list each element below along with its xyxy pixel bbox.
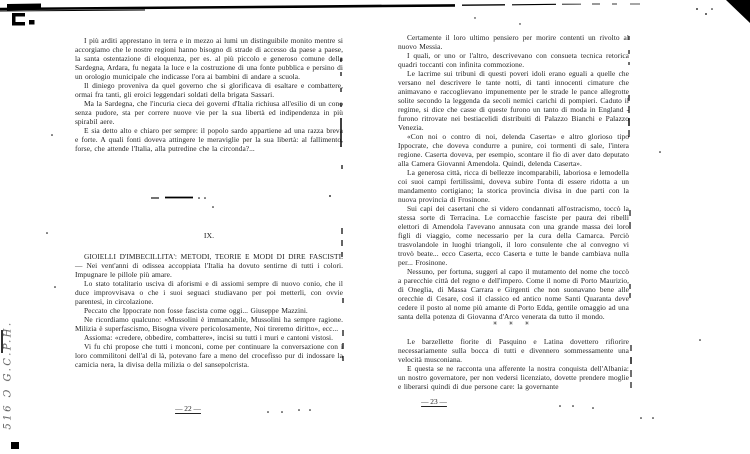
paragraph: Ne ricordiamo qualcuno: «Mussolini è imm… — [75, 315, 343, 333]
paragraph: La generosa città, ricca di bellezze inc… — [398, 168, 629, 204]
paragraph: Certamente il loro ultimo pensiero per m… — [398, 33, 629, 51]
paragraph: E questa se ne racconta una afferente la… — [398, 364, 629, 391]
section-rule — [151, 195, 331, 199]
paragraph: Lo stato totalitario usciva di aforismi … — [75, 279, 343, 306]
paragraph: Le barzellette fiorite di Pasquino e Lat… — [398, 337, 629, 364]
left-page-top-text: I più arditi apprestano in terra e in me… — [75, 36, 343, 153]
paragraph: I quali, or uno or l'altro, descrivevano… — [398, 51, 629, 69]
scanner-edge-line — [0, 4, 640, 11]
right-page-top-text: Certamente il loro ultimo pensiero per m… — [398, 33, 629, 321]
paragraph: Le lacrime sui tribuni di questi poveri … — [398, 69, 629, 132]
right-page-bottom-text: Le barzellette fiorite di Pasquino e Lat… — [398, 337, 629, 391]
page-number-left: — 22 — — [158, 404, 218, 413]
paragraph: Peccato che Ippocrate non fosse fascista… — [75, 306, 343, 315]
paragraph: Ma la Sardegna, che l'incuria cieca dei … — [75, 99, 343, 126]
margin-annotation: 516 Ɔ G.C.P.H. — [3, 320, 14, 429]
paragraph: Sui capi dei casertani che si videro con… — [398, 204, 629, 267]
section-number: IX. — [75, 231, 343, 240]
scanned-book-spread: 516 Ɔ G.C.P.H. I più arditi apprestano i… — [0, 0, 750, 454]
page-number-right: — 23 — — [402, 397, 466, 406]
paragraph: I più arditi apprestano in terra e in me… — [75, 36, 343, 81]
paragraph: «Con noi o contro di noi, delenda Casert… — [398, 132, 629, 168]
corner-ink-blot — [7, 4, 41, 26]
left-page-bottom-text: GIOIELLI D'IMBECILLITA': METODI, TEORIE … — [75, 252, 343, 369]
paragraph: Il diniego proveniva da quel governo che… — [75, 81, 343, 99]
asterisk-separator: ✳ ✳ ✳ — [398, 321, 629, 327]
paragraph: Nessuno, per fortuna, suggerì al capo il… — [398, 267, 629, 321]
paragraph: Vi fu chi propose che tutti i monconi, c… — [75, 342, 343, 369]
section-title-paragraph: GIOIELLI D'IMBECILLITA': METODI, TEORIE … — [75, 252, 343, 279]
right-margin-marks — [629, 36, 631, 388]
paragraph: E sia detto alto e chiaro per sempre: il… — [75, 126, 343, 153]
paragraph: Assioma: «credere, obbedire, combattere»… — [75, 333, 343, 342]
corner-fold-shadow — [726, 0, 750, 23]
